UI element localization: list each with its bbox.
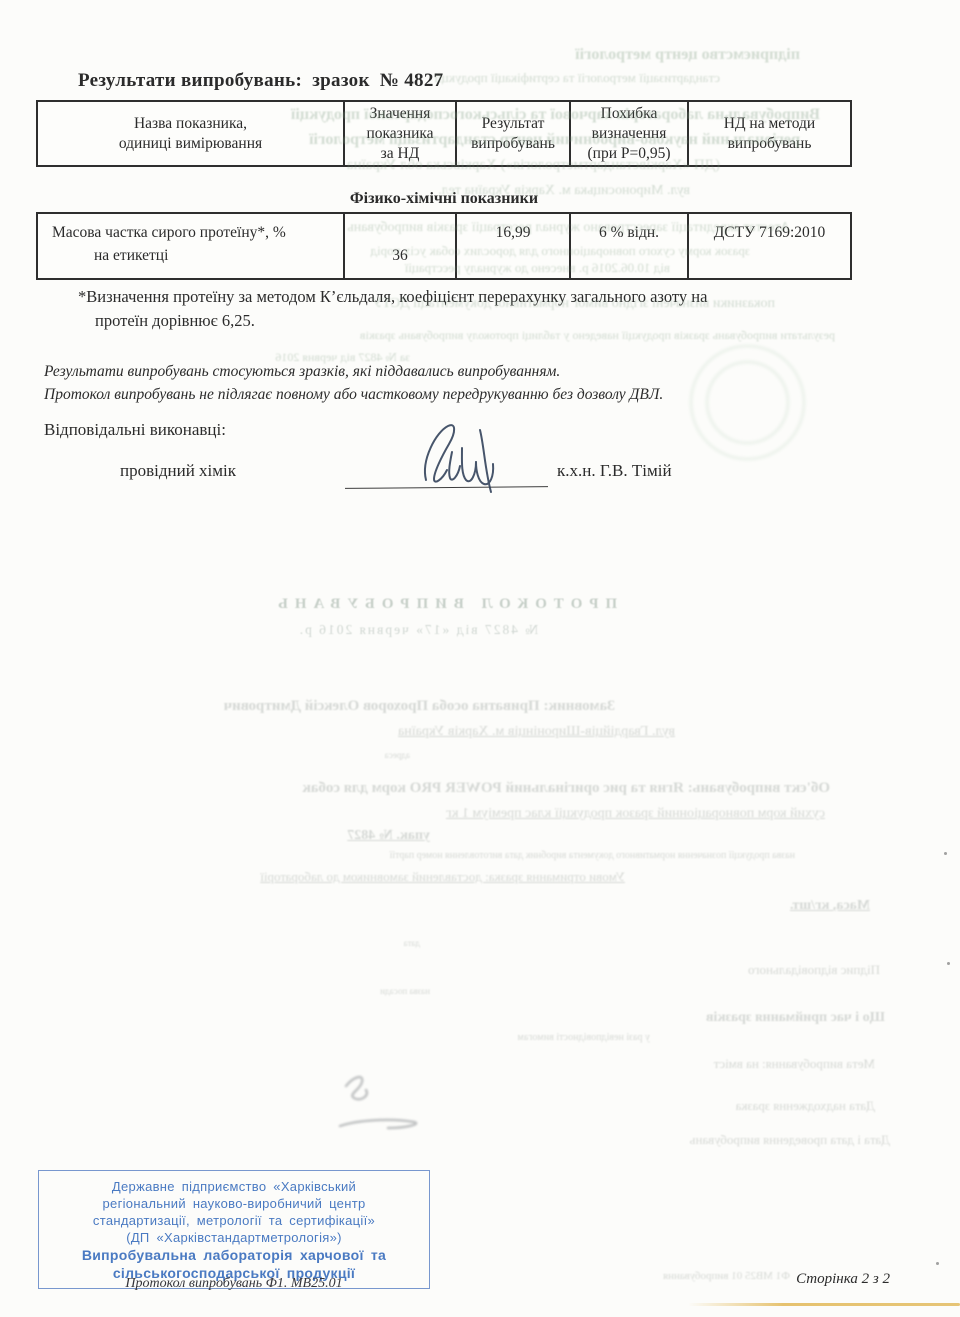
ghost-bleed-line: упак. № 4827: [300, 828, 430, 844]
yellow-scan-artifact: [688, 1303, 960, 1306]
ghost-bleed-line: Підпис відповідального: [610, 962, 880, 978]
stamp-line: (ДП «Харківстандартметрологія»): [43, 1229, 425, 1246]
stamp-line: регіональний науково-виробничий центр: [43, 1195, 425, 1212]
ghost-subline: № 4827 від «17» червня 2016 р.: [10, 622, 826, 638]
ghost-bleed-line: Маса, кг/шт.: [640, 898, 870, 914]
stamp-line-bold: Випробувальна лабораторія харчової та: [43, 1246, 425, 1264]
scan-speck: [944, 852, 947, 855]
stamp-line: стандартизації, метрології та сертифікац…: [43, 1212, 425, 1229]
ghost-bleed-line: стандартизації метрології та сертифікаці…: [300, 70, 720, 86]
ghost-bleed-line: Дата і дата проведення випробувань: [520, 1132, 890, 1148]
ghost-bleed-line: Об'єкт випробувань: Ягня та рис оригінал…: [190, 780, 830, 797]
disclaimer-line-2: Протокол випробувань не підлягає повному…: [44, 386, 663, 404]
ghost-bleed-line: адреса: [330, 750, 410, 760]
ghost-bleed-line: результати випробувань зразків продукції…: [95, 328, 835, 343]
ghost-bleed-line: Випробувальна лабораторія харчової та сі…: [140, 106, 820, 124]
disclaimer-line-1: Результати випробувань стосуються зразкі…: [44, 363, 560, 381]
stamp-line: Державне підприємство «Харківський: [43, 1178, 425, 1195]
scan-speck: [947, 962, 950, 965]
ghost-bleed-line: зразок корму сухого повнораціонного для …: [200, 243, 750, 259]
ghost-bleed-line: Умови отримання зразка: доставлений замо…: [185, 869, 625, 885]
ghost-bleed-line: назва посади: [350, 986, 430, 996]
ghost-bleed-line: Замовник: Приватна особа Прохоров Олексі…: [185, 698, 615, 715]
ghost-bleed-line: (ДП «Харківстандартметрологія») Харківсь…: [230, 157, 720, 174]
ghost-bleed-line: підприємство центр метрології: [540, 46, 800, 64]
ghost-bleed-line: за № 4827 від червня 2016: [120, 350, 410, 365]
scan-speck: [936, 1262, 939, 1265]
ghost-bleed-line: Атестат акредитації зареєстровано журнал…: [160, 220, 790, 236]
ghost-headline: ПРОТОКОЛ ВИПРОБУВАНЬ: [36, 596, 852, 613]
form-reference: Протокол випробувань Ф1. МВ25.01: [38, 1276, 430, 1292]
executor-name: к.х.н. Г.В. Тімій: [557, 461, 672, 481]
lab-stamp-box: Державне підприємство «Харківський регіо…: [38, 1170, 430, 1289]
ghost-bleed-line: від 10.06.2016 р. внесено до журналу реє…: [240, 260, 670, 276]
ghost-bleed-line: вул. Мироносицька м. Харків Україна тел.: [250, 183, 690, 199]
ghost-bleed-line: у разі невідповідності вимогам: [230, 1032, 650, 1043]
signature: [392, 418, 542, 496]
ghost-signature-smudge: [318, 1068, 458, 1140]
ghost-bleed-line: Ф1 МВ25 01 випробування: [555, 1270, 790, 1282]
ghost-bleed-line: Мета випробування: на вміст: [585, 1056, 875, 1072]
ghost-stamp-ring: [706, 361, 789, 444]
ghost-bleed-line: регіональний науково-виробничий центр ст…: [150, 131, 800, 149]
ghost-bleed-line: назва продукції позначення нормативного …: [95, 850, 795, 861]
ghost-bleed-line: дата: [330, 938, 420, 948]
ghost-bleed-line: показники визначені згідно вимог нормати…: [185, 296, 775, 312]
executor-role: провідний хімік: [120, 461, 236, 481]
ghost-bleed-line: Що і час приймання зразків: [555, 1010, 885, 1026]
executors-heading: Відповідальні виконавці:: [44, 420, 226, 440]
ghost-bleed-line: Дата надходження зразка: [535, 1098, 875, 1114]
ghost-bleed-line: сухий корм повнораціонний зразок продукц…: [225, 806, 825, 822]
ghost-bleed-line: вул. Гвардійців-Широнінців м. Харків Укр…: [255, 724, 675, 740]
scanned-protocol-page: ПРОТОКОЛ ВИПРОБУВАНЬ № 4827 від «17» чер…: [0, 0, 960, 1317]
